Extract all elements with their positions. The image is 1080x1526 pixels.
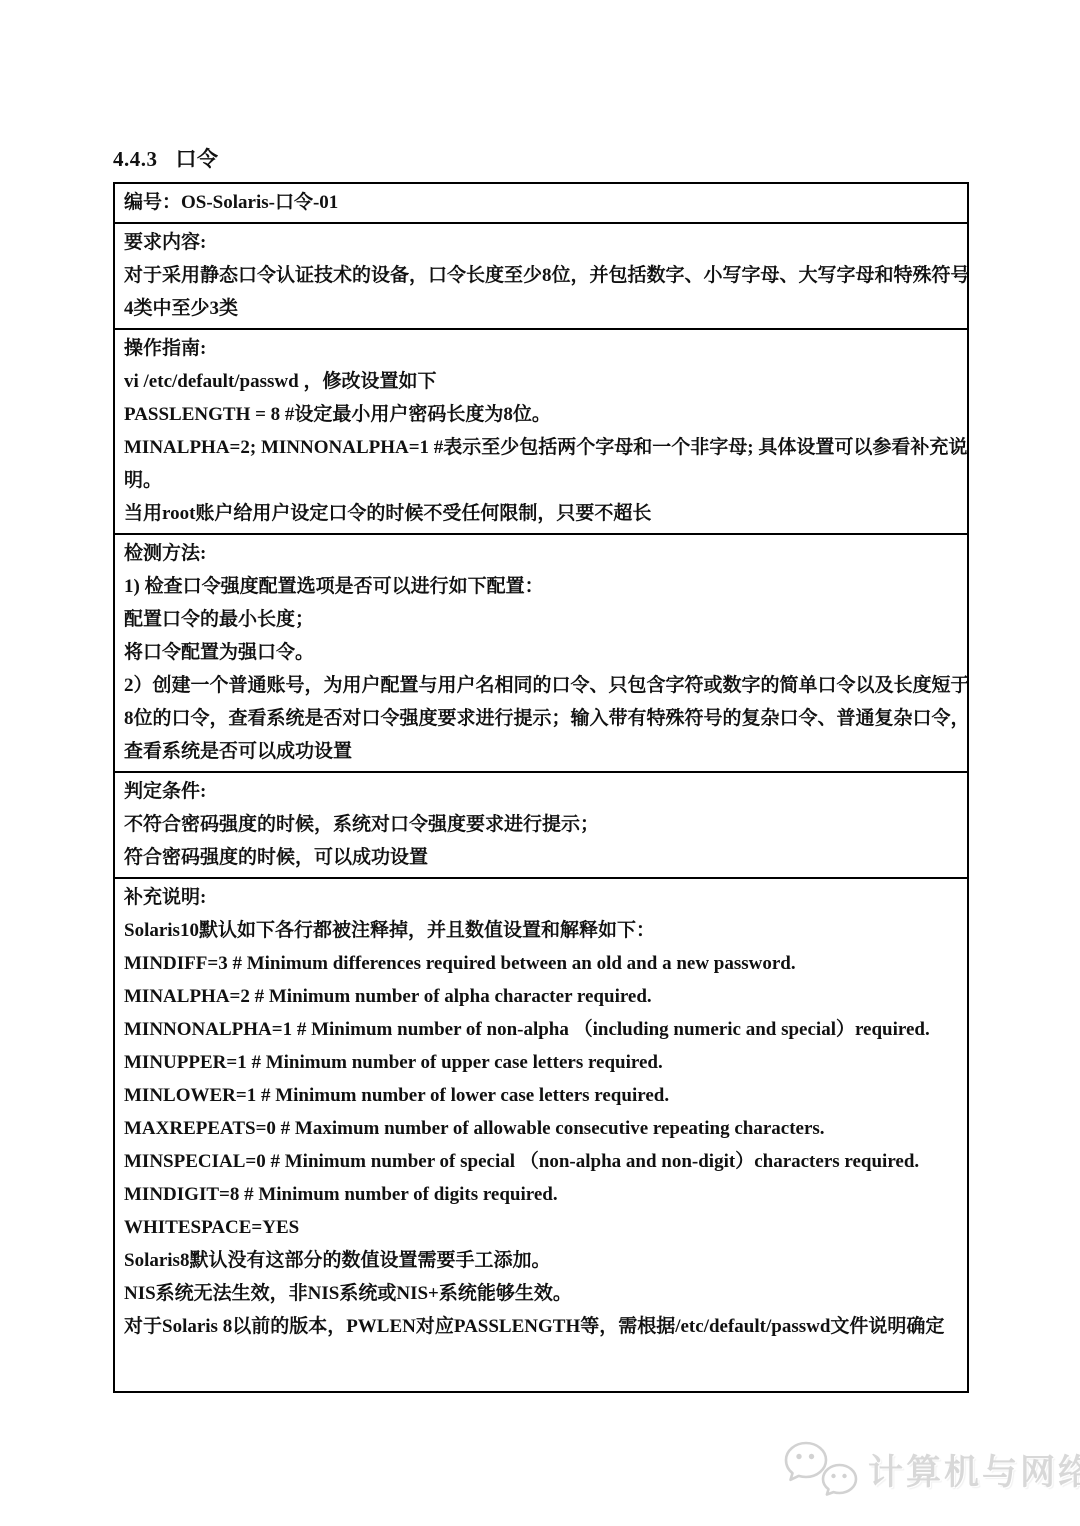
table-line: MINLOWER=1 # Minimum number of lower cas… xyxy=(115,1079,967,1112)
table-line: 2）创建一个普通账号，为用户配置与用户名相同的口令、只包含字符或数字的简单口令以… xyxy=(115,669,967,702)
table-line: 不符合密码强度的时候，系统对口令强度要求进行提示； xyxy=(115,808,967,841)
section-number: 4.4.3 xyxy=(113,147,158,171)
table-row-supplementary-notes: 补充说明:Solaris10默认如下各行都被注释掉，并且数值设置和解释如下：MI… xyxy=(115,879,967,1391)
watermark-text: 计算机与网络安全 xyxy=(868,1445,1080,1495)
table-line: 操作指南: xyxy=(115,332,967,365)
table-line: MINDIFF=3 # Minimum differences required… xyxy=(115,947,967,980)
table-line: 当用root账户给用户设定口令的时候不受任何限制，只要不超长 xyxy=(115,497,967,530)
table-line: MINSPECIAL=0 # Minimum number of special… xyxy=(115,1145,967,1178)
table-line: WHITESPACE=YES xyxy=(115,1211,967,1244)
table-line: MINDIGIT=8 # Minimum number of digits re… xyxy=(115,1178,967,1211)
table-row-number: 编号：OS-Solaris-口令-01 xyxy=(115,184,967,224)
table-line: 明。 xyxy=(115,464,967,497)
table-row-judgement-condition: 判定条件:不符合密码强度的时候，系统对口令强度要求进行提示；符合密码强度的时候，… xyxy=(115,773,967,879)
table-line: 对于Solaris 8以前的版本，PWLEN对应PASSLENGTH等，需根据/… xyxy=(115,1310,967,1343)
table-line: 符合密码强度的时候，可以成功设置 xyxy=(115,841,967,874)
table-line: 要求内容: xyxy=(115,226,967,259)
table-line: 8位的口令，查看系统是否对口令强度要求进行提示；输入带有特殊符号的复杂口令、普通… xyxy=(115,702,967,735)
table-line: Solaris10默认如下各行都被注释掉，并且数值设置和解释如下： xyxy=(115,914,967,947)
table-line: 补充说明: xyxy=(115,881,967,914)
table-row-operation-guide: 操作指南:vi /etc/default/passwd ，修改设置如下PASSL… xyxy=(115,330,967,535)
table-line: 编号：OS-Solaris-口令-01 xyxy=(115,186,967,219)
table-line: MINALPHA=2; MINNONALPHA=1 #表示至少包括两个字母和一个… xyxy=(115,431,967,464)
table-line: PASSLENGTH = 8 #设定最小用户密码长度为8位。 xyxy=(115,398,967,431)
table-row-detection-method: 检测方法:1) 检查口令强度配置选项是否可以进行如下配置：配置口令的最小长度；将… xyxy=(115,535,967,773)
table-line: 检测方法: xyxy=(115,537,967,570)
table-line: 将口令配置为强口令。 xyxy=(115,636,967,669)
table-line: 4类中至少3类 xyxy=(115,292,967,325)
wechat-icon xyxy=(782,1440,860,1500)
table-line: MINALPHA=2 # Minimum number of alpha cha… xyxy=(115,980,967,1013)
document-table: 编号：OS-Solaris-口令-01要求内容:对于采用静态口令认证技术的设备，… xyxy=(113,182,969,1393)
table-line: 判定条件: xyxy=(115,775,967,808)
table-line: NIS系统无法生效，非NIS系统或NIS+系统能够生效。 xyxy=(115,1277,967,1310)
table-row-requirement: 要求内容:对于采用静态口令认证技术的设备，口令长度至少8位，并包括数字、小写字母… xyxy=(115,224,967,330)
table-line: vi /etc/default/passwd ，修改设置如下 xyxy=(115,365,967,398)
table-line: MINUPPER=1 # Minimum number of upper cas… xyxy=(115,1046,967,1079)
section-title: 口令 xyxy=(176,147,219,171)
table-line: MINNONALPHA=1 # Minimum number of non-al… xyxy=(115,1013,967,1046)
table-line: 对于采用静态口令认证技术的设备，口令长度至少8位，并包括数字、小写字母、大写字母… xyxy=(115,259,967,292)
watermark: 计算机与网络安全 xyxy=(782,1440,1080,1500)
table-line: 配置口令的最小长度； xyxy=(115,603,967,636)
section-heading: 4.4.3口令 xyxy=(113,143,219,173)
table-line: 1) 检查口令强度配置选项是否可以进行如下配置： xyxy=(115,570,967,603)
table-line: Solaris8默认没有这部分的数值设置需要手工添加。 xyxy=(115,1244,967,1277)
table-line: 查看系统是否可以成功设置 xyxy=(115,735,967,768)
table-line: MAXREPEATS=0 # Maximum number of allowab… xyxy=(115,1112,967,1145)
